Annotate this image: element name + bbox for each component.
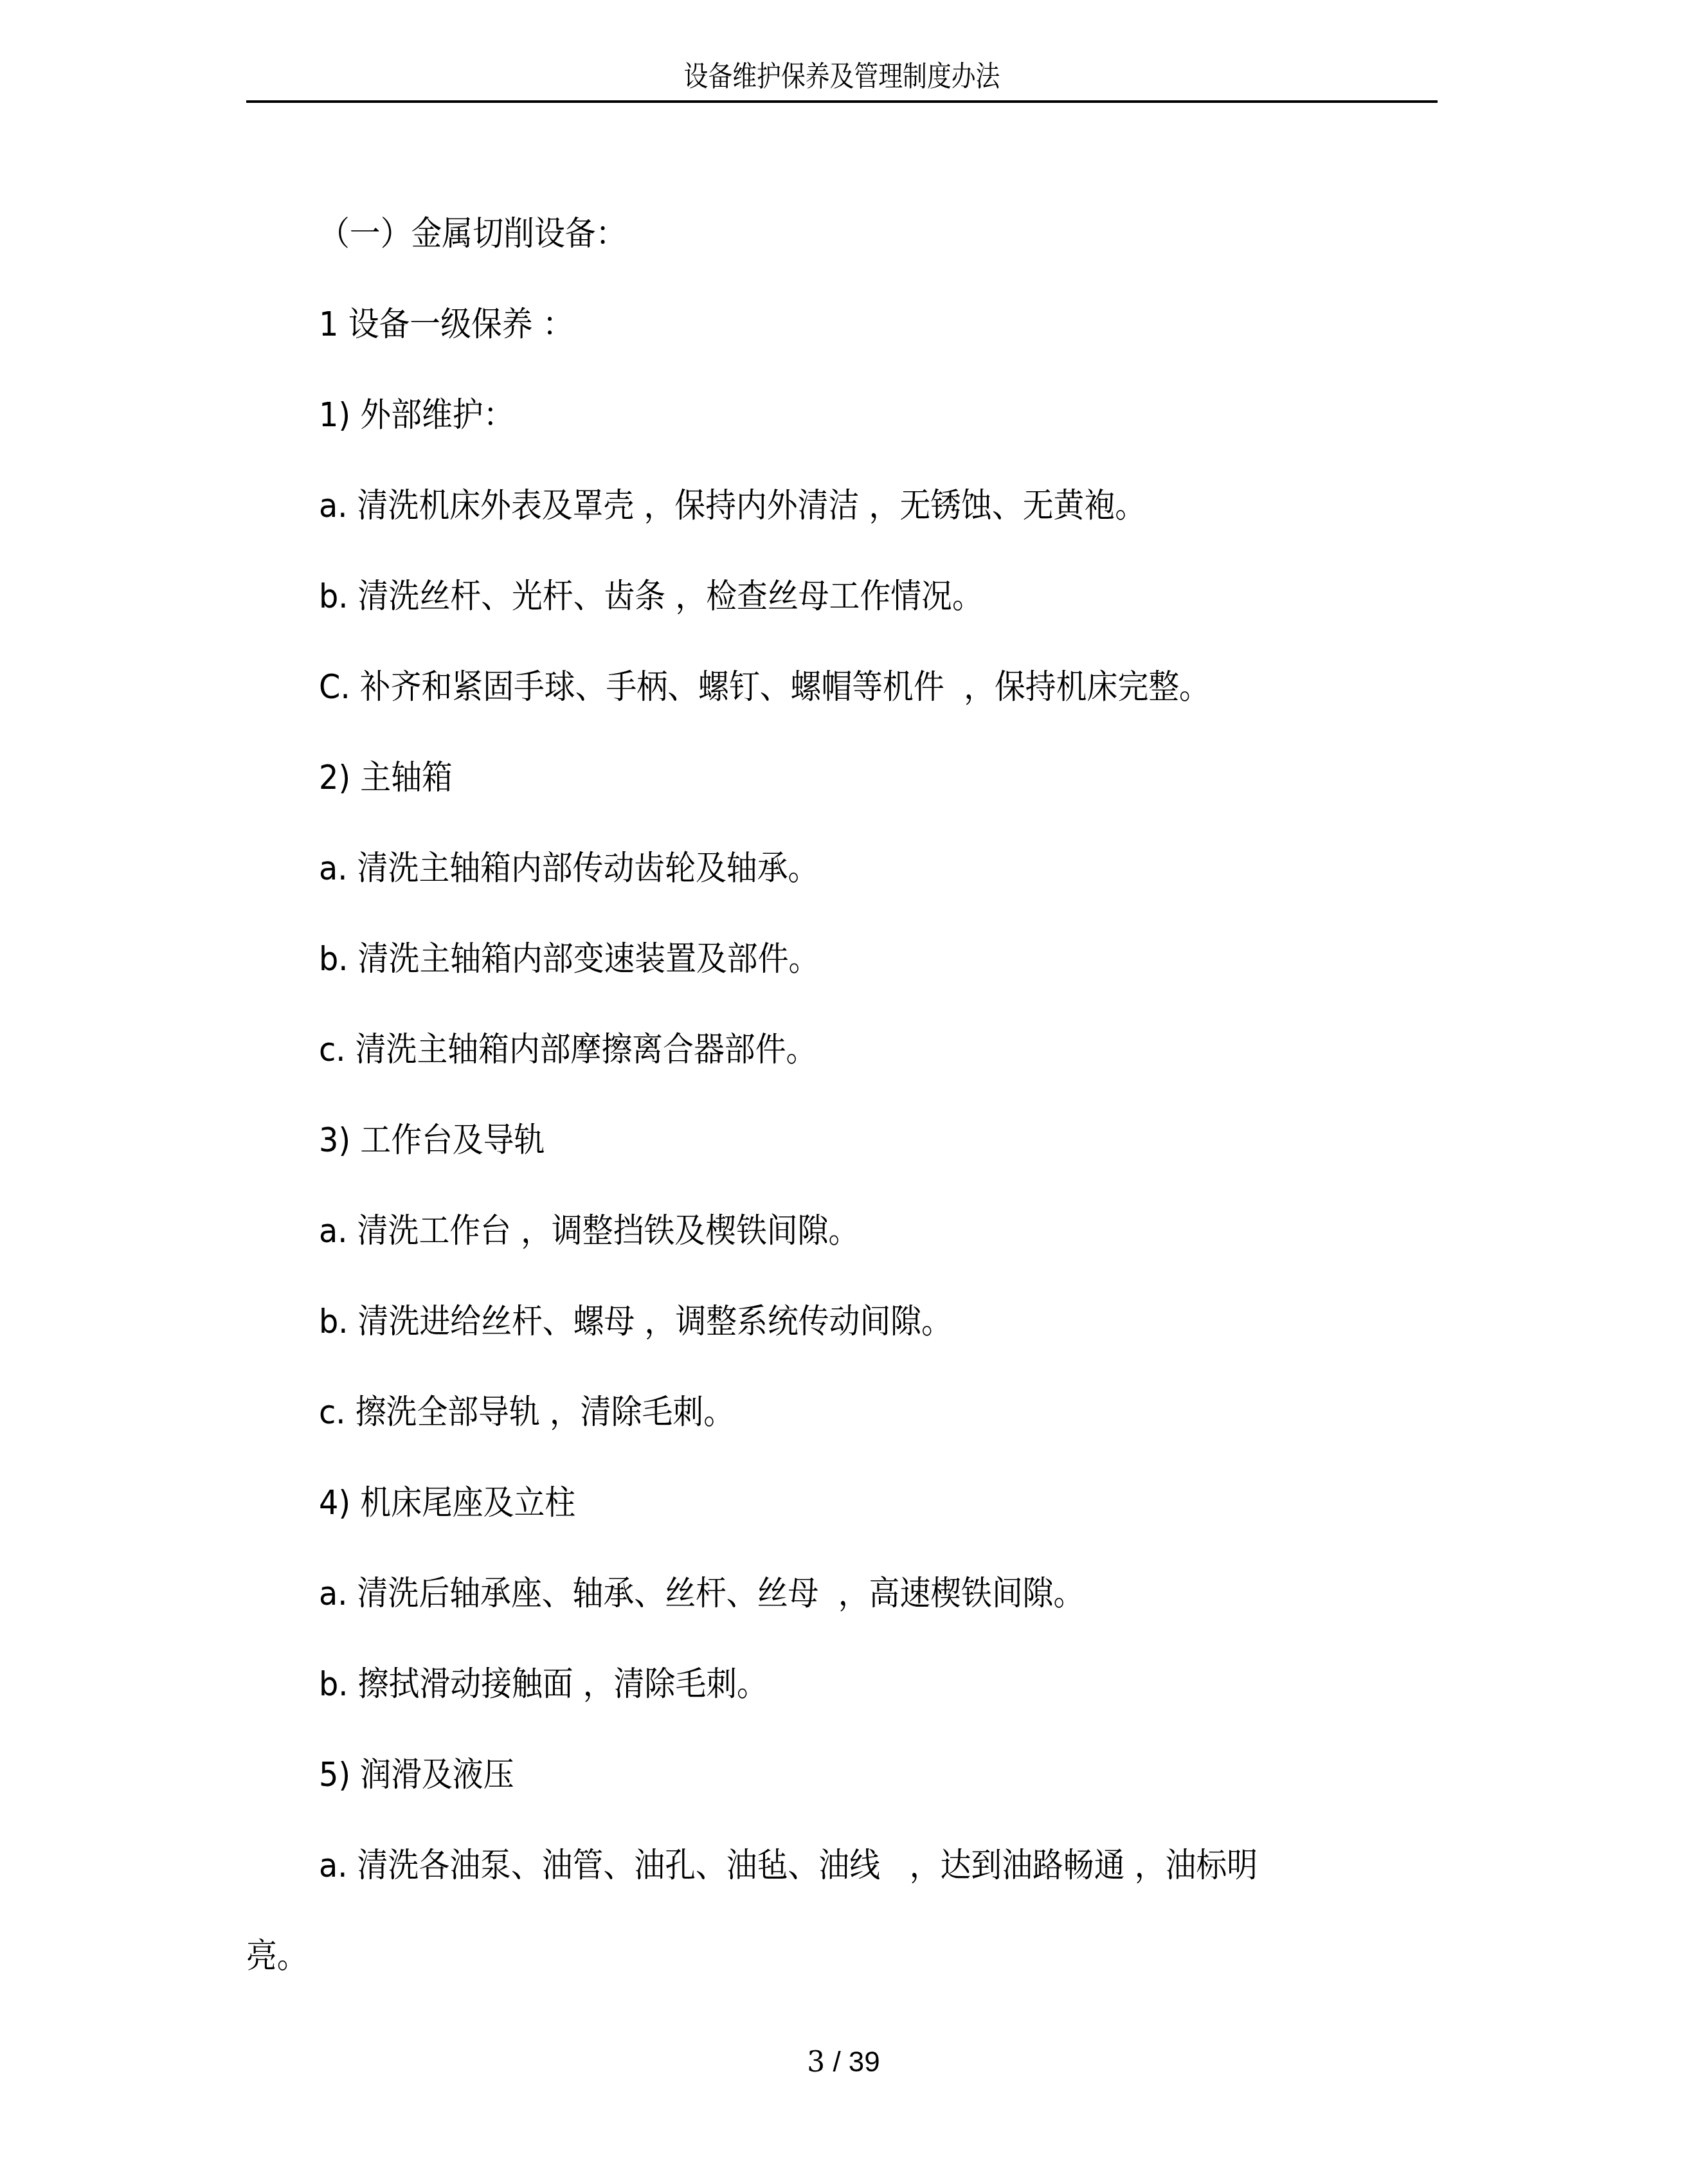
list-item: a. 清洗工作台 ，调整挡铁及楔铁间隙。 bbox=[319, 1211, 906, 1252]
list-item-continuation: 亮。 bbox=[246, 1936, 313, 1977]
list-item: a. 清洗后轴承座、轴承、丝杆、丝母 ，高速楔铁间隙。 bbox=[319, 1573, 1151, 1614]
line-text: 3) 工作台及导轨 bbox=[319, 1120, 545, 1161]
total-pages: 39 bbox=[849, 2046, 880, 2078]
line-text: c. 擦洗全部导轨 ，清除毛刺。 bbox=[319, 1392, 734, 1433]
subsection-heading: 1 设备一级保养 ： bbox=[319, 304, 595, 345]
line-text: C. 补齐和紧固手球、手柄、螺钉、螺帽等机件 ，保持机床完整。 bbox=[319, 667, 1210, 708]
line-text: b. 擦拭滑动接触面 ，清除毛刺。 bbox=[319, 1664, 768, 1705]
line-text: （一）金属切削设备： bbox=[319, 213, 626, 255]
list-item: a. 清洗机床外表及罩壳 ，保持内外清洁 ，无锈蚀、无黄袍。 bbox=[319, 485, 1218, 527]
line-text: a. 清洗各油泵、油管、油孔、油毡、油线 ，达到油路畅通 ，油标明 bbox=[319, 1845, 1258, 1886]
list-item: b. 清洗进给丝杆、螺母 ，调整系统传动间隙。 bbox=[319, 1301, 1007, 1342]
list-item: b. 擦拭滑动接触面 ，清除毛刺。 bbox=[319, 1664, 807, 1705]
line-text: a. 清洗机床外表及罩壳 ，保持内外清洁 ，无锈蚀、无黄袍。 bbox=[319, 485, 1146, 527]
item-heading: 4) 机床尾座及立柱 bbox=[319, 1483, 598, 1524]
line-text: b. 清洗主轴箱内部变速装置及部件。 bbox=[319, 939, 819, 980]
line-text: 4) 机床尾座及立柱 bbox=[319, 1483, 575, 1524]
line-text: 2) 主轴箱 bbox=[319, 757, 453, 799]
line-text: 1) 外部维护： bbox=[319, 395, 514, 436]
line-text: c. 清洗主轴箱内部摩擦离合器部件。 bbox=[319, 1029, 816, 1070]
page-separator: / bbox=[825, 2046, 849, 2078]
line-text: 1 设备一级保养 ： bbox=[319, 304, 573, 345]
list-item: a. 清洗主轴箱内部传动齿轮及轴承。 bbox=[319, 848, 862, 889]
line-text: a. 清洗工作台 ，调整挡铁及楔铁间隙。 bbox=[319, 1211, 859, 1252]
item-heading: 3) 工作台及导轨 bbox=[319, 1120, 564, 1161]
section-heading: （一）金属切削设备： bbox=[319, 213, 653, 255]
current-page: 3 bbox=[807, 2046, 825, 2079]
item-heading: 2) 主轴箱 bbox=[319, 757, 464, 799]
item-heading: 1) 外部维护： bbox=[319, 395, 531, 436]
list-item: b. 清洗丝杆、光杆、齿条 ，检查丝母工作情况。 bbox=[319, 576, 1041, 617]
line-text: b. 清洗进给丝杆、螺母 ，调整系统传动间隙。 bbox=[319, 1301, 952, 1342]
line-text: b. 清洗丝杆、光杆、齿条 ，检查丝母工作情况。 bbox=[319, 576, 983, 617]
list-item: c. 擦洗全部导轨 ，清除毛刺。 bbox=[319, 1392, 770, 1433]
line-text: 亮。 bbox=[246, 1936, 308, 1977]
item-heading: 5) 润滑及液压 bbox=[319, 1755, 531, 1796]
list-item: C. 补齐和紧固手球、手柄、螺钉、螺帽等机件 ，保持机床完整。 bbox=[319, 667, 1287, 708]
list-item: c. 清洗主轴箱内部摩擦离合器部件。 bbox=[319, 1029, 860, 1070]
line-text: a. 清洗后轴承座、轴承、丝杆、丝母 ，高速楔铁间隙。 bbox=[319, 1573, 1084, 1614]
page-header-title: 设备维护保养及管理制度办法 bbox=[330, 59, 1355, 95]
page-number: 3 / 39 bbox=[0, 2044, 1687, 2080]
line-text: a. 清洗主轴箱内部传动齿轮及轴承。 bbox=[319, 848, 818, 889]
list-item: b. 清洗主轴箱内部变速装置及部件。 bbox=[319, 939, 863, 980]
line-text: 5) 润滑及液压 bbox=[319, 1755, 514, 1796]
list-item: a. 清洗各油泵、油管、油孔、油毡、油线 ，达到油路畅通 ，油标明 bbox=[319, 1845, 1339, 1886]
header-divider bbox=[246, 100, 1438, 103]
